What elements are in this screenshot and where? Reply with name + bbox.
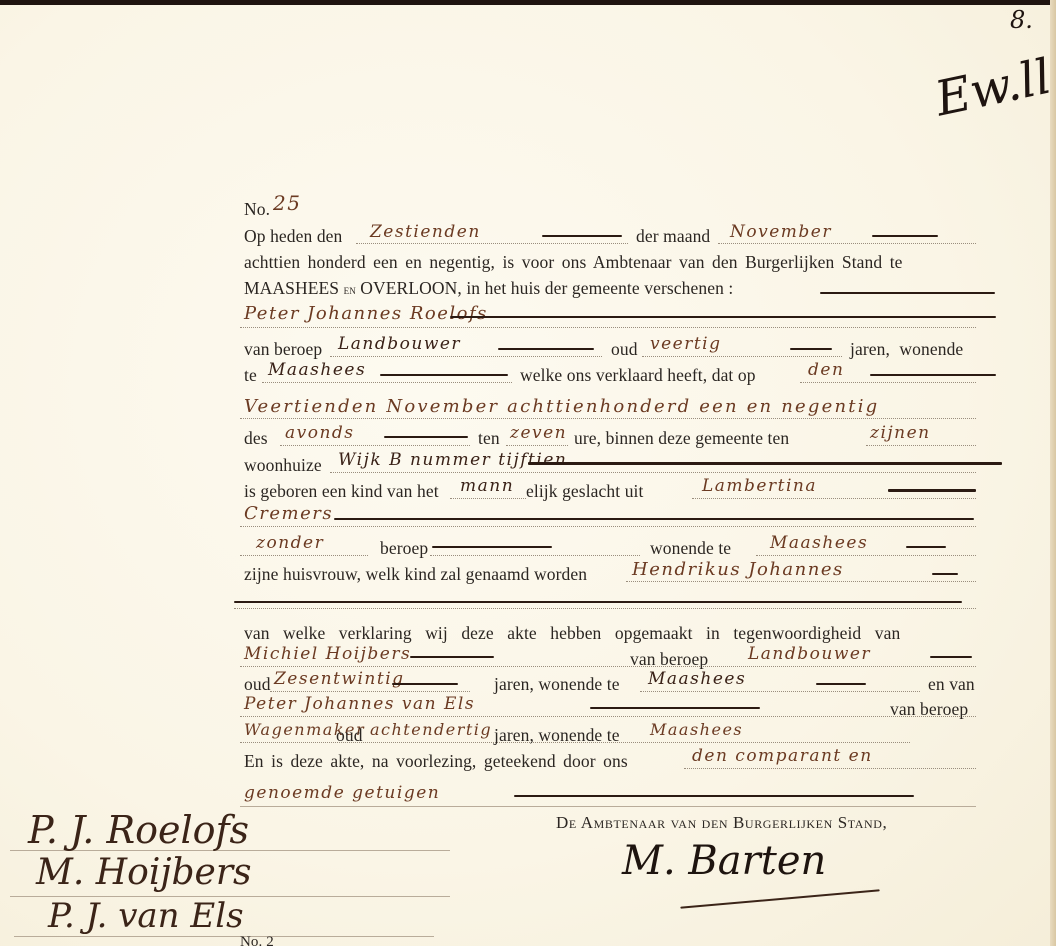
fill-line <box>270 691 470 692</box>
page-number: 8. <box>1010 6 1033 34</box>
line-text: des <box>244 428 268 449</box>
line-text: welke ons verklaard heeft, dat op <box>520 365 756 386</box>
line-text: is geboren een kind van het <box>244 481 439 502</box>
filler-stroke <box>816 683 866 685</box>
place-en: en <box>344 282 356 297</box>
handwritten-signers-cont: genoemde getuigen <box>244 783 440 803</box>
fill-line <box>262 382 512 383</box>
handwritten-mother-occupation: zonder <box>256 533 324 553</box>
handwritten-witness2-residence: Maashees <box>650 720 743 739</box>
line-text: ten <box>478 428 500 449</box>
document-sheet <box>0 5 1050 946</box>
handwritten-address: Wijk B nummer tijftien <box>338 450 567 470</box>
handwritten-mother-residence: Maashees <box>770 533 868 553</box>
fill-line <box>356 243 628 244</box>
handwritten-witness2: Peter Johannes van Els <box>244 694 475 714</box>
line-text: ure, binnen deze gemeente ten <box>574 428 789 449</box>
record-number: 25 <box>273 191 301 215</box>
handwritten-occupation: Landbouwer <box>338 334 461 354</box>
fill-line <box>240 555 368 556</box>
line-text-rest: in het huis der gemeente verschenen : <box>466 278 733 298</box>
handwritten-birth-date: Veertienden November achttienhonderd een… <box>244 396 879 417</box>
fill-line <box>718 243 976 244</box>
fill-line <box>280 445 470 446</box>
handwritten-witness1: Michiel Hoijbers <box>244 644 411 664</box>
line-text: beroep <box>380 538 428 559</box>
fill-line <box>240 418 976 419</box>
filler-stroke <box>498 348 594 350</box>
handwritten-residence: Maashees <box>268 360 366 380</box>
line-text: achttien honderd een en negentig, is voo… <box>244 252 903 273</box>
fill-line <box>506 445 568 446</box>
handwritten-age: veertig <box>650 334 722 354</box>
line-text: jaren, wonende <box>850 339 963 360</box>
line-text: oud <box>336 725 363 746</box>
handwritten-house: zijnen <box>870 423 931 443</box>
filler-stroke <box>790 348 832 350</box>
filler-stroke <box>514 795 914 797</box>
line-text: jaren, wonende te <box>494 725 620 746</box>
fill-line <box>642 356 842 357</box>
filler-stroke <box>870 374 996 376</box>
filler-stroke <box>432 546 552 548</box>
line-text: te <box>244 365 257 386</box>
signature-witness2: P. J. van Els <box>48 896 244 936</box>
fill-line <box>692 498 976 499</box>
filler-stroke <box>930 656 972 658</box>
fill-line <box>800 382 976 383</box>
filler-stroke <box>392 683 458 685</box>
fill-line <box>866 445 976 446</box>
fill-line <box>234 608 976 609</box>
filler-stroke <box>888 489 976 492</box>
handwritten-mother-last: Cremers <box>244 503 333 524</box>
fill-line <box>684 768 976 769</box>
line-text: En is deze akte, na voorlezing, geteeken… <box>244 751 628 772</box>
filler-stroke <box>932 573 958 575</box>
fill-line <box>240 526 976 527</box>
fill-line <box>640 691 920 692</box>
fill-line <box>240 327 976 328</box>
line-text: wonende te <box>650 538 731 559</box>
place-overloon: OVERLOON, <box>360 278 462 298</box>
fill-line <box>450 498 526 499</box>
line-text: oud <box>244 674 271 695</box>
fill-line <box>756 555 976 556</box>
line-text: jaren, wonende te <box>494 674 620 695</box>
line-text: van welke verklaring wij deze akte hebbe… <box>244 623 900 644</box>
line-text: van beroep <box>244 339 322 360</box>
filler-stroke <box>450 316 996 318</box>
filler-stroke <box>384 436 468 438</box>
handwritten-mother-first: Lambertina <box>702 476 817 496</box>
line-text: woonhuize <box>244 455 322 476</box>
filler-stroke <box>542 235 622 237</box>
handwritten-signers: den comparant en <box>692 746 873 766</box>
handwritten-daypart: avonds <box>285 423 355 443</box>
line-text: van beroep <box>630 649 708 670</box>
handwritten-hour: zeven <box>510 423 567 443</box>
line-text: der maand <box>636 226 710 247</box>
signature-official: M. Barten <box>622 838 826 884</box>
handwritten-witness1-residence: Maashees <box>648 669 746 689</box>
filler-stroke <box>234 601 962 603</box>
line-text: en van <box>928 674 975 695</box>
handwritten-declarant: Peter Johannes Roelofs <box>244 303 488 324</box>
handwritten-child-name: Hendrikus Johannes <box>632 559 844 580</box>
handwritten-witness1-age: Zesentwintig <box>274 669 405 689</box>
handwritten-date-start: den <box>808 360 844 380</box>
filler-stroke <box>906 546 946 548</box>
handwritten-day: Zestienden <box>370 222 481 242</box>
next-record-number: No. 2 <box>240 934 274 946</box>
filler-stroke <box>528 462 1002 465</box>
line-text: elijk geslacht uit <box>526 481 643 502</box>
page-edge <box>1050 0 1056 946</box>
line-text: MAASHEES en OVERLOON, in het huis der ge… <box>244 278 733 299</box>
place-maashees: MAASHEES <box>244 278 339 298</box>
fill-line <box>330 472 976 473</box>
line-text: van beroep <box>890 699 968 720</box>
fill-line <box>430 555 640 556</box>
filler-stroke <box>872 235 938 237</box>
filler-stroke <box>380 374 508 376</box>
handwritten-month: November <box>730 222 832 242</box>
filler-stroke <box>334 518 974 520</box>
line-text: zijne huisvrouw, welk kind zal genaamd w… <box>244 564 587 585</box>
line-text: Op heden den <box>244 226 342 247</box>
handwritten-witness2-age: achtendertig <box>370 720 492 739</box>
official-title: De Ambtenaar van den Burgerlijken Stand, <box>556 813 887 833</box>
record-number-label: No. <box>244 199 270 220</box>
filler-stroke <box>590 707 760 709</box>
line-text: oud <box>611 339 638 360</box>
filler-stroke <box>820 292 995 294</box>
filler-stroke <box>410 656 494 658</box>
fill-line <box>240 806 976 807</box>
fill-line <box>330 356 602 357</box>
fill-line <box>626 581 976 582</box>
fill-line <box>240 666 976 667</box>
signature-line <box>14 936 434 937</box>
handwritten-sex: mann <box>460 476 514 496</box>
signature-declarant: P. J. Roelofs <box>28 808 249 852</box>
signature-witness1: M. Hoijbers <box>36 852 252 893</box>
fill-line <box>240 716 976 717</box>
handwritten-witness1-occupation: Landbouwer <box>748 644 871 664</box>
